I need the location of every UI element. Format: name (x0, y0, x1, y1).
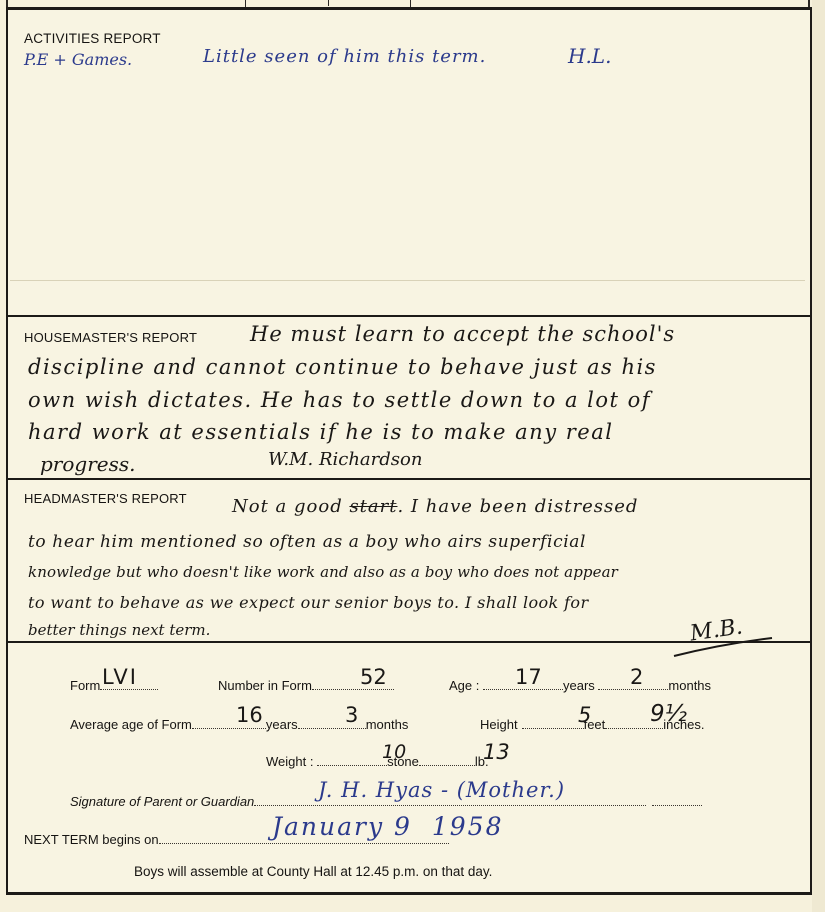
height-label: Height (480, 717, 518, 732)
housemaster-line-4: hard work at essentials if he is to make… (28, 420, 613, 444)
weight-label: Weight : (266, 754, 313, 769)
avg-years-value: 16 (236, 703, 263, 727)
housemaster-signature: W.M. Richardson (268, 449, 422, 470)
avg-months-value: 3 (345, 703, 358, 727)
age-field: Age : years months (449, 678, 711, 693)
activities-subject: P.E + Games. (24, 50, 132, 69)
avg-years-label: years (266, 717, 298, 732)
avg-age-label: Average age of Form (70, 717, 192, 732)
years-label: years (563, 678, 595, 693)
guardian-signature-value: J. H. Hyas - (Mother.) (318, 778, 565, 802)
age-years-value: 17 (515, 665, 542, 689)
housemaster-label: HOUSEMASTER'S REPORT (24, 330, 197, 345)
faint-rule (10, 280, 805, 281)
next-term-label: NEXT TERM begins on (24, 832, 159, 847)
divider-top (6, 7, 812, 10)
paper-edge (812, 0, 825, 912)
signature-label: Signature of Parent or Guardian (70, 794, 254, 809)
divider-headmaster (6, 478, 812, 480)
number-label: Number in Form (218, 678, 312, 693)
form-label: Form (70, 678, 100, 693)
housemaster-line-5: progress. (40, 452, 136, 476)
height-inches-value: 9½ (650, 701, 687, 727)
weight-field: Weight : stonelb. (266, 754, 489, 769)
headmaster-line-5: better things next term. (28, 621, 210, 639)
activities-label: ACTIVITIES REPORT (24, 31, 161, 46)
headmaster-line-4: to want to behave as we expect our senio… (28, 593, 589, 612)
number-value: 52 (360, 665, 387, 689)
activities-initials: H.L. (568, 44, 611, 68)
signature-flourish-icon (672, 636, 782, 660)
headmaster-line-1-text: Not a good start. I have been distressed (232, 496, 638, 517)
weight-stone-value: 10 (382, 741, 406, 763)
headmaster-label: HEADMASTER'S REPORT (24, 491, 187, 506)
weight-lb-value: 13 (483, 740, 510, 764)
housemaster-line-1: He must learn to accept the school's (250, 322, 675, 346)
height-feet-value: 5 (578, 703, 591, 727)
headmaster-line-2: to hear him mentioned so often as a boy … (28, 532, 586, 552)
housemaster-line-3: own wish dictates. He has to settle down… (28, 388, 651, 412)
divider-housemaster (6, 315, 812, 317)
months-label: months (668, 678, 711, 693)
headmaster-line-3: knowledge but who doesn't like work and … (28, 563, 618, 581)
avg-months-label: months (366, 717, 409, 732)
form-value: LVI (102, 665, 138, 689)
struck-word: start (349, 496, 397, 517)
next-term-value: January 9 1958 (272, 812, 503, 841)
activities-comment: Little seen of him this term. (203, 46, 486, 67)
assembly-note: Boys will assemble at County Hall at 12.… (134, 864, 492, 879)
age-months-value: 2 (630, 665, 643, 689)
housemaster-line-2: discipline and cannot continue to behave… (28, 355, 657, 379)
headmaster-line-1: Not a good start. I have been distressed (232, 496, 638, 517)
age-label: Age : (449, 678, 479, 693)
